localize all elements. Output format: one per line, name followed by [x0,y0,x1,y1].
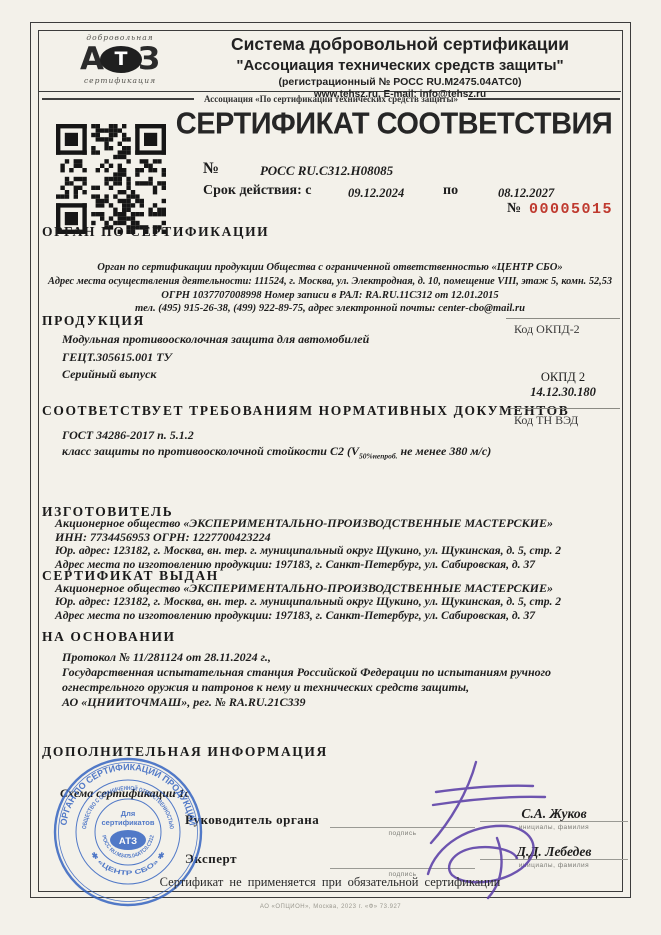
print-info-text: АО «ОПЦИОН», Москва, 2023 г. «Ф» 73.927 [0,904,661,910]
issued-line: Акционерное общество «ЭКСПЕРИМЕНТАЛЬНО-П… [55,581,553,596]
tnved-box-rule [506,408,620,409]
stamp-mid-ring-bottom-text: ✱ «ЦЕНТР СБО» ✱ [89,849,168,877]
validity-to-label: по [443,183,458,199]
valid-to-date: 08.12.2027 [498,186,554,201]
head-name-line [480,806,628,822]
system-title: Система добровольной сертификации [185,34,615,55]
banner-text: Ассоциация «По сертификации технических … [204,94,458,104]
okpd-title: ОКПД 2 [506,370,620,385]
section-product-heading: ПРОДУКЦИЯ [42,313,145,329]
head-name-caption: инициалы, фамилия [480,824,628,831]
banner-rule-left [42,98,194,100]
section-org-heading: ОРГАН ПО СЕРТИФИКАЦИИ [42,224,269,240]
gost-line: ГОСТ 34286-2017 п. 5.1.2 [62,428,194,443]
issued-line: Юр. адрес: 123182, г. Москва, вн. тер. г… [55,595,561,608]
product-line: Серийный выпуск [62,367,157,382]
logo-letters: АТЗ [56,41,184,77]
org-line: Орган по сертификации продукции Общества… [40,262,620,273]
protection-class-line: класс защиты по противоосколочной стойко… [62,444,491,460]
manufacturer-line: ИНН: 7734456953 ОГРН: 1227700423224 [55,530,271,545]
v50-subscript: 50%непроб. [359,451,398,460]
okpd-box-rule [506,318,620,319]
org-line: ОГРН 1037707008998 Номер записи в РАЛ: R… [40,290,620,301]
logo-bottom-word: сертификация [56,76,184,85]
serial-number: 00005015 [529,201,613,218]
header-titles: Система добровольной сертификации "Ассоц… [185,34,615,100]
serial-number-label: № [507,201,521,217]
section-compliance-heading: СООТВЕТСТВУЕТ ТРЕБОВАНИЯМ НОРМАТИВНЫХ ДО… [42,403,569,419]
certificate-title: СЕРТИФИКАТ СООТВЕТСТВИЯ [168,107,620,142]
stamp-center-line1: Для [121,809,135,818]
stamp-logo-letters: АТЗ [119,836,137,847]
banner-rule-right [468,98,620,100]
basis-line: АО «ЦНИИТОЧМАШ», рег. № RA.RU.21C339 [62,695,306,710]
basis-line: огнестрельного оружия и патронов к нему … [62,680,469,695]
head-signature-caption: подпись [330,830,475,837]
disclaimer-text: Сертификат не применяется при обязательн… [40,875,620,890]
org-line: Адрес места осуществления деятельности: … [40,276,620,287]
expert-signature-line [330,853,475,869]
certificate-number: РОСС RU.С312.Н08085 [260,163,393,179]
qr-code-icon [56,124,166,234]
expert-name-line [480,844,628,860]
registration-number: (регистрационный № РОСС RU.M2475.04АТС0) [185,76,615,88]
product-line: Модульная противоосколочная защита для а… [62,332,369,347]
okpd-code: 14.12.30.180 [506,385,620,400]
svg-text:✱ «ЦЕНТР СБО» ✱: ✱ «ЦЕНТР СБО» ✱ [89,849,168,877]
association-banner: Ассоциация «По сертификации технических … [42,94,620,104]
logo-t-oval: Т [100,46,142,73]
basis-line: Протокол № 11/281124 от 28.11.2024 г., [62,650,271,665]
basis-line: Государственная испытательная станция Ро… [62,665,551,680]
manufacturer-line: Юр. адрес: 123182, г. Москва, вн. тер. г… [55,544,561,557]
atz-logo: добровольная АТЗ сертификация [56,33,184,85]
valid-from-date: 09.12.2024 [348,186,404,201]
validity-label: Срок действия: с [203,183,312,199]
product-line: ГЕЦТ.305615.001 ТУ [62,350,172,365]
section-basis-heading: НА ОСНОВАНИИ [42,629,176,645]
expert-name-caption: инициалы, фамилия [480,862,628,869]
stamp-center-line2: сертификатов [102,818,155,827]
okpd-label: Код ОКПД-2 [514,322,580,337]
tnved-label: Код ТН ВЭД [514,413,578,428]
association-title: "Ассоциация технических средств защиты" [185,57,615,74]
certificate-number-label: № [203,160,219,178]
issued-line: Адрес места по изготовлению продукции: 1… [55,609,535,622]
head-signature-line [330,812,475,828]
manufacturer-line: Акционерное общество «ЭКСПЕРИМЕНТАЛЬНО-П… [55,516,553,531]
